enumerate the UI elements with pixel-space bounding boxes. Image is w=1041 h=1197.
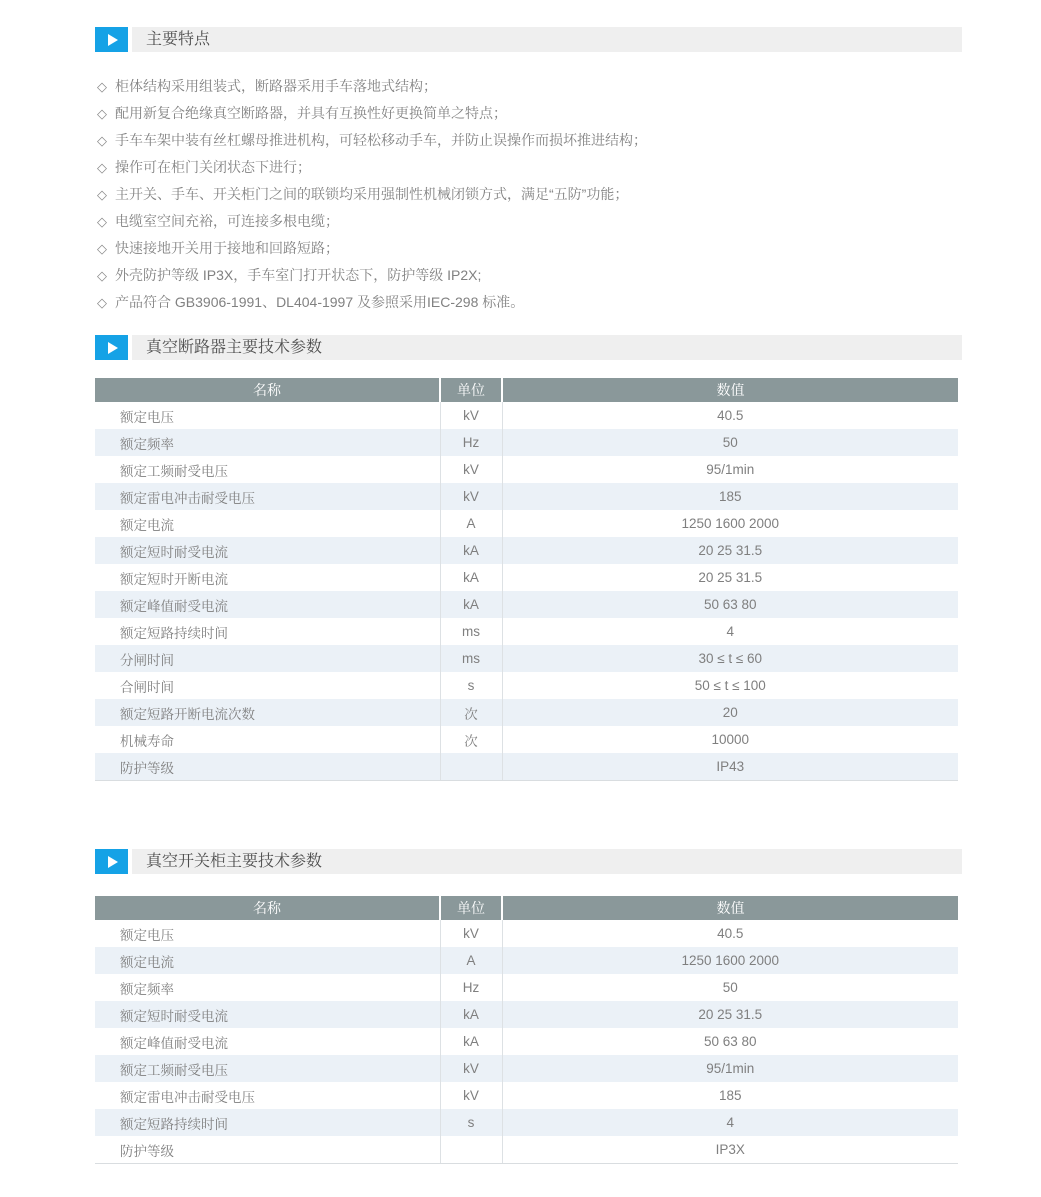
section-title-breaker-params: 真空断路器主要技术参数	[132, 335, 962, 360]
cell-name: 机械寿命	[95, 726, 440, 753]
cell-unit: Hz	[440, 974, 502, 1001]
feature-text: 操作可在柜门关闭状态下进行；	[115, 159, 311, 175]
table-row: 额定短路持续时间s4	[95, 1109, 958, 1136]
cell-unit: ms	[440, 618, 502, 645]
triangle-glyph	[108, 342, 118, 354]
feature-item: ◇产品符合 GB3906-1991、DL404-1997 及参照采用IEC-29…	[97, 289, 962, 316]
table-header-cell: 单位	[440, 896, 502, 920]
table-row: 额定短时耐受电流kA20 25 31.5	[95, 537, 958, 564]
cell-name: 额定峰值耐受电流	[95, 1028, 440, 1055]
document-page: 主要特点 ◇柜体结构采用组装式，断路器采用手车落地式结构；◇配用新复合绝缘真空断…	[0, 0, 1041, 1197]
table-row: 合闸时间s50 ≤ t ≤ 100	[95, 672, 958, 699]
cell-value: 1250 1600 2000	[502, 510, 958, 537]
table-row: 额定短路持续时间ms4	[95, 618, 958, 645]
table-header-row: 名称单位数值	[95, 896, 958, 920]
cell-name: 额定短路持续时间	[95, 1109, 440, 1136]
cell-unit: 次	[440, 726, 502, 753]
table-header-cell: 数值	[502, 896, 958, 920]
cell-unit	[440, 1136, 502, 1164]
table-row: 机械寿命次10000	[95, 726, 958, 753]
play-triangle-icon	[95, 849, 128, 874]
feature-text: 主开关、手车、开关柜门之间的联锁均采用强制性机械闭锁方式，满足“五防”功能；	[115, 186, 628, 202]
table-header-cell: 名称	[95, 896, 440, 920]
cell-value: 95/1min	[502, 456, 958, 483]
table-row: 分闸时间ms30 ≤ t ≤ 60	[95, 645, 958, 672]
section-title-switchgear-params: 真空开关柜主要技术参数	[132, 849, 962, 874]
cell-name: 防护等级	[95, 753, 440, 781]
cell-name: 额定频率	[95, 429, 440, 456]
cell-name: 额定峰值耐受电流	[95, 591, 440, 618]
features-list: ◇柜体结构采用组装式，断路器采用手车落地式结构；◇配用新复合绝缘真空断路器，并具…	[95, 73, 962, 316]
switchgear-params-table: 名称单位数值额定电压kV40.5额定电流A1250 1600 2000额定频率H…	[95, 896, 958, 1164]
table-row: 防护等级IP3X	[95, 1136, 958, 1164]
table-row: 额定频率Hz50	[95, 974, 958, 1001]
cell-unit: kV	[440, 483, 502, 510]
cell-unit: 次	[440, 699, 502, 726]
table-header-cell: 单位	[440, 378, 502, 402]
feature-item: ◇快速接地开关用于接地和回路短路；	[97, 235, 962, 262]
table-header-row: 名称单位数值	[95, 378, 958, 402]
cell-value: IP3X	[502, 1136, 958, 1164]
feature-item: ◇手车车架中装有丝杠螺母推进机构，可轻松移动手车，并防止误操作而损坏推进结构；	[97, 127, 962, 154]
cell-unit: s	[440, 672, 502, 699]
cell-value: 185	[502, 1082, 958, 1109]
cell-value: 30 ≤ t ≤ 60	[502, 645, 958, 672]
table-row: 额定短时耐受电流kA20 25 31.5	[95, 1001, 958, 1028]
cell-unit: kV	[440, 1055, 502, 1082]
cell-unit: Hz	[440, 429, 502, 456]
play-triangle-icon	[95, 335, 128, 360]
feature-item: ◇外壳防护等级 IP3X，手车室门打开状态下，防护等级 IP2X;	[97, 262, 962, 289]
cell-unit: kV	[440, 402, 502, 429]
cell-name: 额定电压	[95, 920, 440, 947]
cell-name: 额定电压	[95, 402, 440, 429]
cell-name: 防护等级	[95, 1136, 440, 1164]
table-header-cell: 名称	[95, 378, 440, 402]
table-row: 额定电压kV40.5	[95, 402, 958, 429]
section-header-features: 主要特点	[95, 27, 962, 52]
table-row: 防护等级IP43	[95, 753, 958, 781]
cell-value: 40.5	[502, 402, 958, 429]
table-row: 额定工频耐受电压kV95/1min	[95, 456, 958, 483]
diamond-bullet-icon: ◇	[97, 106, 107, 121]
cell-name: 额定电流	[95, 510, 440, 537]
breaker-params-table: 名称单位数值额定电压kV40.5额定频率Hz50额定工频耐受电压kV95/1mi…	[95, 378, 958, 781]
diamond-bullet-icon: ◇	[97, 160, 107, 175]
table-row: 额定短时开断电流kA20 25 31.5	[95, 564, 958, 591]
section-header-breaker-params: 真空断路器主要技术参数	[95, 335, 962, 360]
cell-value: 4	[502, 618, 958, 645]
cell-unit: kA	[440, 1001, 502, 1028]
feature-text: 外壳防护等级 IP3X，手车室门打开状态下，防护等级 IP2X;	[115, 267, 481, 283]
cell-name: 额定短时开断电流	[95, 564, 440, 591]
cell-unit: s	[440, 1109, 502, 1136]
table-row: 额定电流A1250 1600 2000	[95, 947, 958, 974]
cell-unit: kA	[440, 537, 502, 564]
section-title-features: 主要特点	[132, 27, 962, 52]
cell-value: 50	[502, 974, 958, 1001]
diamond-bullet-icon: ◇	[97, 133, 107, 148]
cell-unit: kA	[440, 564, 502, 591]
feature-text: 快速接地开关用于接地和回路短路；	[115, 240, 339, 256]
section-header-switchgear-params: 真空开关柜主要技术参数	[95, 849, 962, 874]
table-row: 额定电压kV40.5	[95, 920, 958, 947]
cell-unit: A	[440, 510, 502, 537]
cell-unit: kV	[440, 1082, 502, 1109]
cell-name: 额定频率	[95, 974, 440, 1001]
feature-item: ◇操作可在柜门关闭状态下进行；	[97, 154, 962, 181]
feature-text: 产品符合 GB3906-1991、DL404-1997 及参照采用IEC-298…	[115, 294, 524, 310]
cell-value: 10000	[502, 726, 958, 753]
diamond-bullet-icon: ◇	[97, 187, 107, 202]
cell-name: 额定短路开断电流次数	[95, 699, 440, 726]
table-row: 额定短路开断电流次数次20	[95, 699, 958, 726]
table-row: 额定频率Hz50	[95, 429, 958, 456]
cell-value: 50	[502, 429, 958, 456]
triangle-glyph	[108, 856, 118, 868]
table-row: 额定雷电冲击耐受电压kV185	[95, 1082, 958, 1109]
cell-name: 额定工频耐受电压	[95, 1055, 440, 1082]
feature-text: 柜体结构采用组装式，断路器采用手车落地式结构；	[115, 78, 437, 94]
cell-name: 分闸时间	[95, 645, 440, 672]
cell-unit: kA	[440, 1028, 502, 1055]
cell-unit: kV	[440, 920, 502, 947]
diamond-bullet-icon: ◇	[97, 79, 107, 94]
cell-value: 95/1min	[502, 1055, 958, 1082]
cell-name: 额定短时耐受电流	[95, 537, 440, 564]
cell-name: 额定雷电冲击耐受电压	[95, 483, 440, 510]
triangle-glyph	[108, 34, 118, 46]
feature-text: 电缆室空间充裕，可连接多根电缆；	[115, 213, 339, 229]
diamond-bullet-icon: ◇	[97, 295, 107, 310]
table-row: 额定工频耐受电压kV95/1min	[95, 1055, 958, 1082]
cell-value: 20 25 31.5	[502, 564, 958, 591]
table-row: 额定雷电冲击耐受电压kV185	[95, 483, 958, 510]
cell-value: 20 25 31.5	[502, 1001, 958, 1028]
table-row: 额定电流A1250 1600 2000	[95, 510, 958, 537]
diamond-bullet-icon: ◇	[97, 241, 107, 256]
cell-value: 4	[502, 1109, 958, 1136]
cell-name: 额定电流	[95, 947, 440, 974]
feature-item: ◇配用新复合绝缘真空断路器，并具有互换性好更换简单之特点；	[97, 100, 962, 127]
cell-value: 1250 1600 2000	[502, 947, 958, 974]
cell-value: 185	[502, 483, 958, 510]
diamond-bullet-icon: ◇	[97, 214, 107, 229]
cell-value: 40.5	[502, 920, 958, 947]
table-header-cell: 数值	[502, 378, 958, 402]
cell-value: 50 63 80	[502, 1028, 958, 1055]
cell-unit: A	[440, 947, 502, 974]
cell-unit: kA	[440, 591, 502, 618]
cell-name: 额定短时耐受电流	[95, 1001, 440, 1028]
feature-text: 手车车架中装有丝杠螺母推进机构，可轻松移动手车，并防止误操作而损坏推进结构；	[115, 132, 647, 148]
cell-unit	[440, 753, 502, 781]
feature-item: ◇电缆室空间充裕，可连接多根电缆；	[97, 208, 962, 235]
feature-item: ◇主开关、手车、开关柜门之间的联锁均采用强制性机械闭锁方式，满足“五防”功能；	[97, 181, 962, 208]
play-triangle-icon	[95, 27, 128, 52]
feature-text: 配用新复合绝缘真空断路器，并具有互换性好更换简单之特点；	[115, 105, 507, 121]
page-content: 主要特点 ◇柜体结构采用组装式，断路器采用手车落地式结构；◇配用新复合绝缘真空断…	[0, 0, 962, 1164]
feature-item: ◇柜体结构采用组装式，断路器采用手车落地式结构；	[97, 73, 962, 100]
cell-name: 额定工频耐受电压	[95, 456, 440, 483]
cell-value: 20 25 31.5	[502, 537, 958, 564]
cell-name: 额定雷电冲击耐受电压	[95, 1082, 440, 1109]
cell-value: 20	[502, 699, 958, 726]
table-row: 额定峰值耐受电流kA50 63 80	[95, 591, 958, 618]
cell-value: 50 ≤ t ≤ 100	[502, 672, 958, 699]
cell-unit: ms	[440, 645, 502, 672]
diamond-bullet-icon: ◇	[97, 268, 107, 283]
table-row: 额定峰值耐受电流kA50 63 80	[95, 1028, 958, 1055]
cell-value: IP43	[502, 753, 958, 781]
cell-unit: kV	[440, 456, 502, 483]
cell-name: 合闸时间	[95, 672, 440, 699]
cell-value: 50 63 80	[502, 591, 958, 618]
cell-name: 额定短路持续时间	[95, 618, 440, 645]
